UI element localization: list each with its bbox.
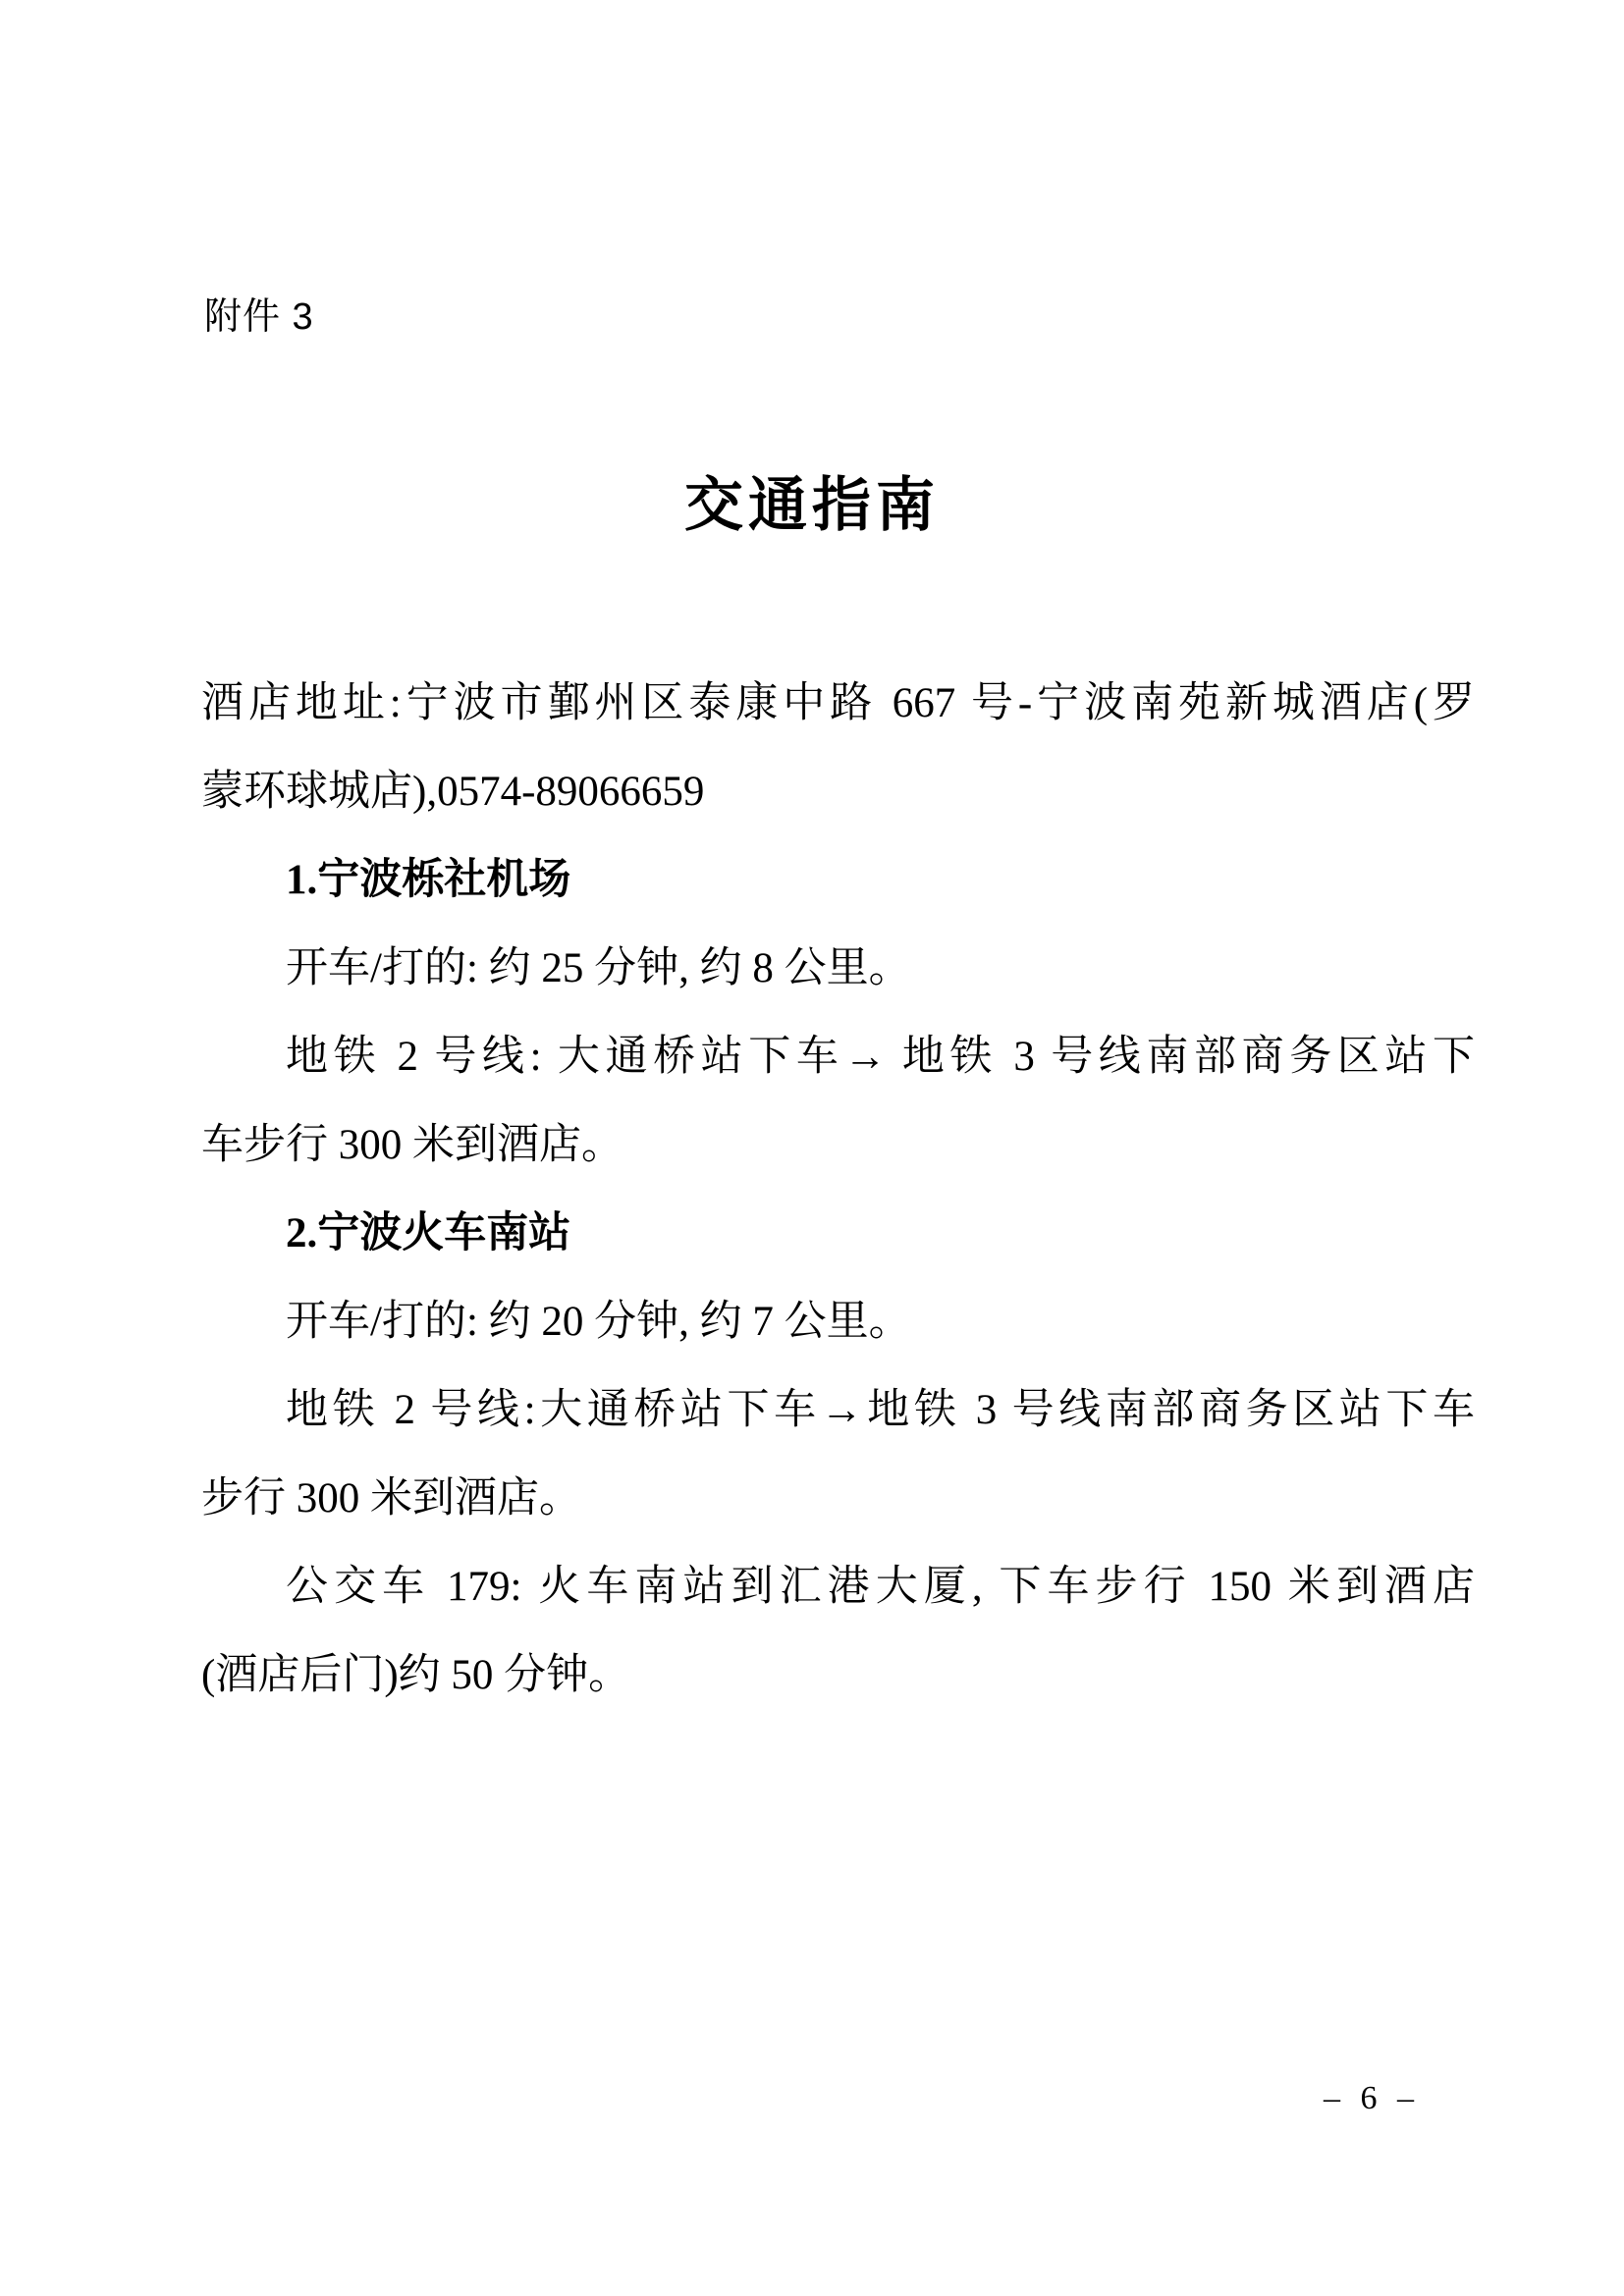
address-line-2: 蒙环球城店),0574-89066659 [201,748,1475,836]
section-2-drive-line: 开车/打的: 约 20 分钟, 约 7 公里。 [201,1278,1475,1366]
section-1-heading: 1.宁波栎社机场 [201,836,1475,925]
section-2-metro-line-1: 地铁 2 号线:大通桥站下车→地铁 3 号线南部商务区站下车 [201,1366,1475,1455]
section-1-drive-line: 开车/打的: 约 25 分钟, 约 8 公里。 [201,925,1475,1013]
section-1-metro-line-1: 地铁 2 号线: 大通桥站下车→ 地铁 3 号线南部商务区站下 [201,1013,1475,1101]
section-2-bus-line-2: (酒店后门)约 50 分钟。 [201,1631,1475,1720]
attachment-label: 附件 3 [204,294,314,340]
section-2-bus-line-1: 公交车 179: 火车南站到汇港大厦, 下车步行 150 米到酒店 [201,1543,1475,1631]
section-2-metro-line-2: 步行 300 米到酒店。 [201,1455,1475,1543]
section-1-metro-line-2: 车步行 300 米到酒店。 [201,1101,1475,1190]
section-2-heading: 2.宁波火车南站 [201,1190,1475,1278]
document-page: 附件 3 交通指南 酒店地址:宁波市鄞州区泰康中路 667 号-宁波南苑新城酒店… [0,0,1624,2296]
page-number: – 6 – [1324,2077,1420,2120]
doc-title: 交通指南 [0,467,1624,544]
document-body: 酒店地址:宁波市鄞州区泰康中路 667 号-宁波南苑新城酒店(罗 蒙环球城店),… [201,660,1475,1720]
address-line-1: 酒店地址:宁波市鄞州区泰康中路 667 号-宁波南苑新城酒店(罗 [201,660,1475,748]
